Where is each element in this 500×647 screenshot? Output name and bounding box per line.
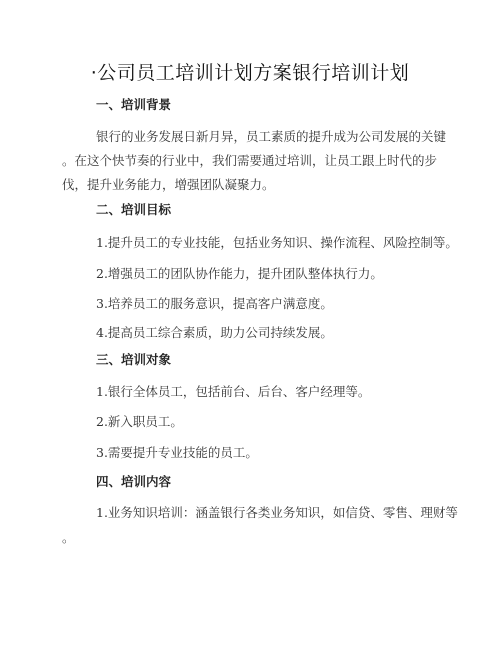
list-item: 1.提升员工的专业技能，包括业务知识、操作流程、风险控制等。 xyxy=(96,233,458,251)
list-item: 3.需要提升专业技能的员工。 xyxy=(96,443,258,461)
list-item: 2.增强员工的团队协作能力，提升团队整体执行力。 xyxy=(96,264,383,282)
document-title: ·公司员工培训计划方案银行培训计划 xyxy=(0,58,500,85)
paragraph-line: 银行的业务发展日新月异，员工素质的提升成为公司发展的关键 xyxy=(96,127,446,145)
list-item: 4.提高员工综合素质，助力公司持续发展。 xyxy=(96,323,333,341)
section-heading-audience: 三、培训对象 xyxy=(96,350,171,368)
section-heading-background: 一、培训背景 xyxy=(96,95,171,113)
paragraph-line: 。在这个快节奏的行业中，我们需要通过培训，让员工跟上时代的步 xyxy=(62,151,437,169)
list-item-continuation: 。 xyxy=(62,528,75,546)
list-item: 1.业务知识培训：涵盖银行各类业务知识，如信贷、零售、理财等 xyxy=(96,503,458,521)
list-item: 1.银行全体员工，包括前台、后台、客户经理等。 xyxy=(96,382,370,400)
list-item: 2.新入职员工。 xyxy=(96,412,183,430)
section-heading-goals: 二、培训目标 xyxy=(96,200,171,218)
paragraph-line: 伐，提升业务能力，增强团队凝聚力。 xyxy=(62,175,275,193)
list-item: 3.培养员工的服务意识，提高客户满意度。 xyxy=(96,294,333,312)
section-heading-content: 四、培训内容 xyxy=(96,472,171,490)
